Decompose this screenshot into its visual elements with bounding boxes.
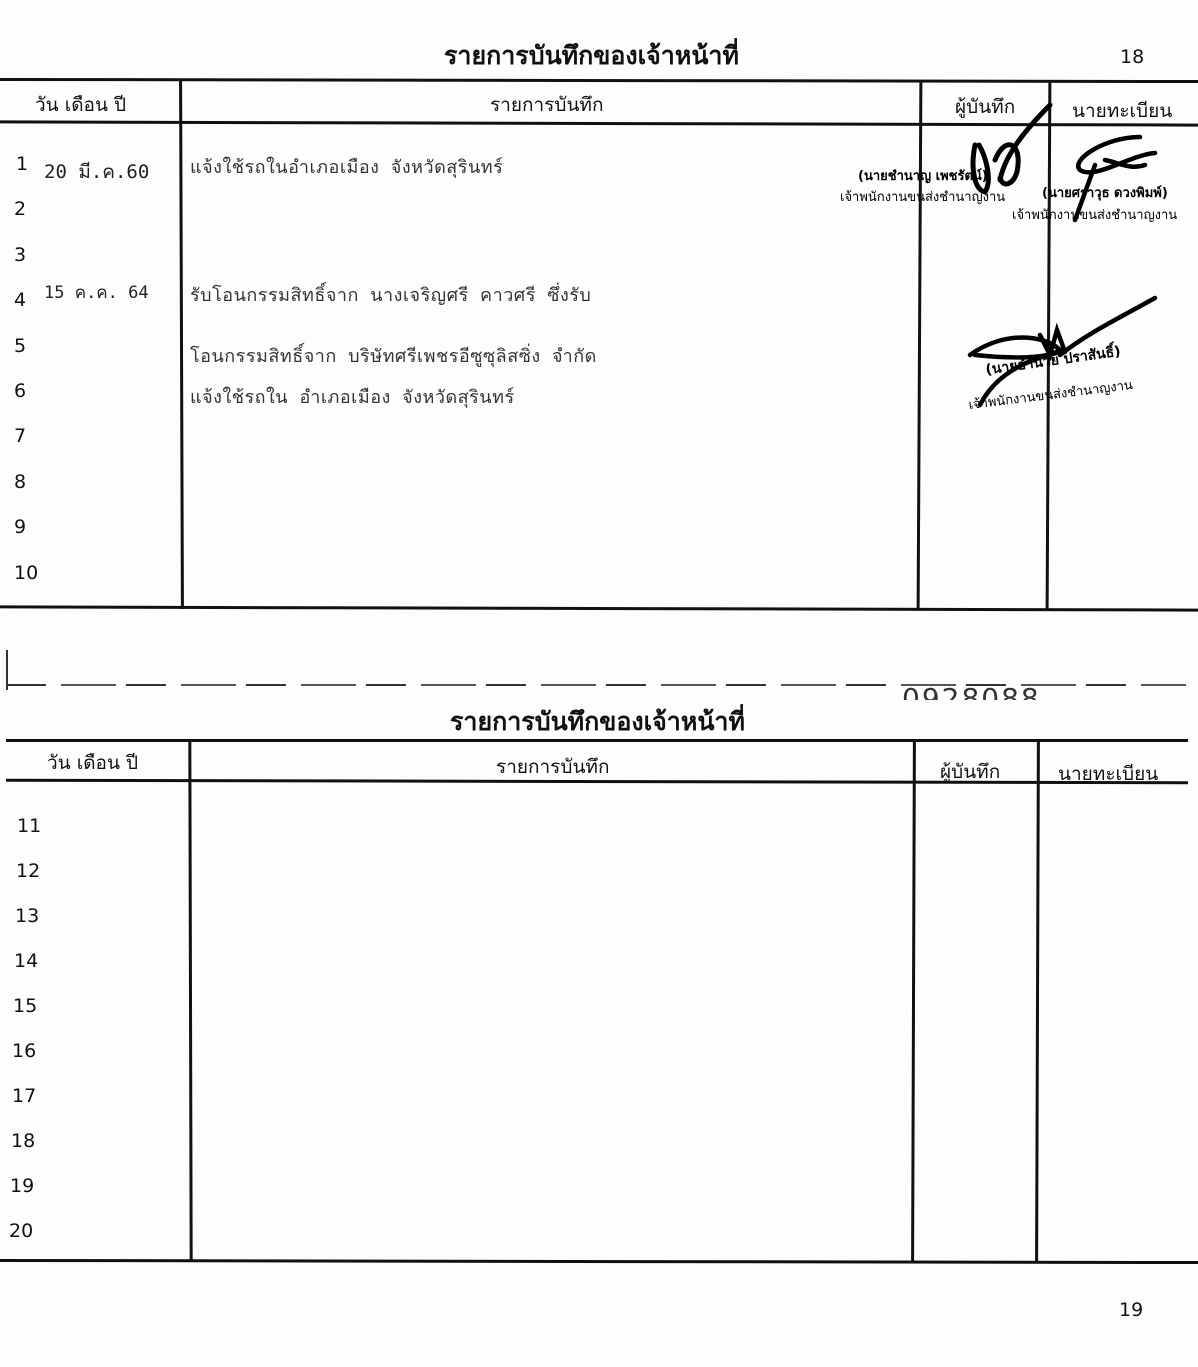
row-number: 3 (14, 244, 26, 266)
row-number: 15 (13, 995, 37, 1017)
entry-date: 20 มี.ค.60 (44, 157, 149, 187)
row-number: 10 (14, 562, 38, 584)
header-entry: รายการบันทึก (496, 752, 609, 782)
serial-number: 0928088 (902, 686, 1041, 700)
row-number: 9 (14, 516, 26, 538)
column-divider (188, 740, 192, 1262)
entry-text: รับโอนกรรมสิทธิ์จาก นางเจริญศรี คาวศรี ซ… (190, 280, 591, 309)
row-number: 8 (14, 471, 26, 493)
header-registrar: นายทะเบียน (1072, 96, 1172, 126)
row-number: 13 (15, 905, 39, 927)
row-number: 16 (12, 1040, 36, 1062)
row-number: 11 (17, 815, 41, 837)
row-number: 19 (10, 1175, 34, 1197)
header-recorder: ผู้บันทึก (940, 757, 1000, 787)
row-number: 6 (14, 380, 26, 402)
page-number: 19 (1119, 1299, 1143, 1321)
column-divider (917, 80, 922, 609)
row-number: 18 (11, 1130, 35, 1152)
entry-text: แจ้งใช้รถในอำเภอเมือง จังหวัดสุรินทร์ (190, 152, 503, 181)
column-divider (179, 80, 183, 609)
header-registrar: นายทะเบียน (1058, 759, 1158, 789)
page-title: รายการบันทึกของเจ้าหน้าที่ (450, 702, 745, 742)
row-number: 5 (14, 335, 26, 357)
column-divider (911, 740, 915, 1262)
header-entry: รายการบันทึก (490, 90, 603, 120)
entry-text: แจ้งใช้รถใน อำเภอเมือง จังหวัดสุรินทร์ (190, 382, 515, 411)
column-divider (1035, 740, 1039, 1262)
row-number: 20 (9, 1220, 33, 1242)
row-number: 7 (14, 425, 26, 447)
row-number: 2 (14, 198, 26, 220)
row-number: 12 (16, 860, 40, 882)
page-number: 18 (1120, 46, 1144, 68)
row-number: 14 (14, 950, 38, 972)
row-number: 4 (14, 289, 26, 311)
table-bottom-border (0, 1259, 1198, 1264)
entry-date: 15 ค.ค. 64 (44, 279, 149, 306)
table-top-border (6, 739, 1188, 742)
signature-scribble-icon (1050, 125, 1170, 235)
row-number: 1 (16, 153, 28, 175)
page-title: รายการบันทึกของเจ้าหน้าที่ (444, 36, 739, 76)
row-number: 17 (12, 1085, 36, 1107)
entry-text: โอนกรรมสิทธิ์จาก บริษัทศรีเพชรอีซูซุลิสซ… (190, 341, 597, 370)
signature-scribble-icon (965, 290, 1165, 420)
table-bottom-border (0, 605, 1198, 611)
header-date: วัน เดือน ปี (47, 748, 138, 778)
header-date: วัน เดือน ปี (35, 90, 126, 120)
